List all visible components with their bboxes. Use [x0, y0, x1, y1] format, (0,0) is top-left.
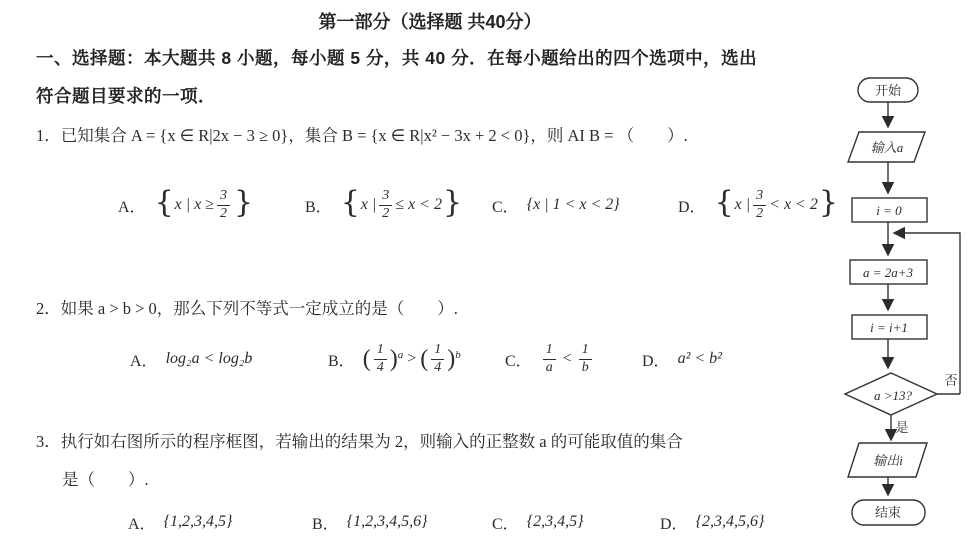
option-label: D．: [678, 194, 706, 217]
q2-option-c: C． 1a < 1b: [505, 332, 595, 386]
step1-label: a = 2a+3: [863, 265, 914, 280]
fraction-denominator: 4: [377, 360, 384, 376]
relation-sign: >: [407, 350, 416, 368]
section-title: 第一部分（选择题 共40分）: [0, 8, 860, 34]
fraction: 1b: [579, 343, 592, 375]
q1-option-b: B． { x | 32 ≤ x < 2 }: [305, 176, 463, 234]
math-text: {2,3,4,5}: [527, 513, 584, 531]
start-label: 开始: [875, 83, 902, 98]
intro-line-2: 符合题目要求的一项．: [36, 83, 216, 108]
option-label: A．: [130, 348, 158, 371]
flowchart: 开始 输入a i = 0 a = 2a+3 i = i+1 a >13? 否 是…: [835, 70, 976, 549]
q1-stem: 1．已知集合 A = {x ∈ R|2x − 3 ≥ 0}，集合 B = {x …: [36, 122, 688, 146]
fraction: 32: [379, 189, 392, 221]
q3-stem-line2: 是（ ）.: [62, 466, 149, 490]
fraction: 14: [431, 343, 444, 375]
yes-label: 是: [895, 420, 908, 435]
end-label: 结束: [875, 505, 901, 520]
intro-line-1: 一、选择题：本大题共 8 小题，每小题 5 分，共 40 分．在每小题给出的四个…: [36, 45, 757, 70]
math-text: x |: [361, 196, 377, 214]
math-text: a² < b²: [678, 350, 722, 368]
option-label: B．: [312, 511, 339, 534]
exponent: a: [398, 349, 404, 361]
input-label: 输入a: [871, 140, 904, 155]
math-text: ≤ x < 2: [395, 196, 442, 214]
q3-option-b: B． {1,2,3,4,5,6}: [312, 510, 427, 534]
q3-option-a: A． {1,2,3,4,5}: [128, 510, 232, 534]
fraction-numerator: 1: [579, 343, 592, 360]
q1-option-c: C． {x | 1 < x < 2}: [492, 176, 620, 234]
math-text: log₂a < log₂b: [166, 350, 253, 368]
fraction: 1a: [543, 343, 556, 375]
q3-stem-line1: 3．执行如右图所示的程序框图，若输出的结果为 2，则输入的正整数 a 的可能取值…: [36, 428, 683, 452]
exam-page: 第一部分（选择题 共40分） 一、选择题：本大题共 8 小题，每小题 5 分，共…: [0, 0, 976, 549]
fraction-denominator: 4: [434, 360, 441, 376]
fraction-numerator: 3: [753, 189, 766, 206]
fraction-denominator: 2: [756, 206, 763, 222]
option-label: A．: [118, 194, 146, 217]
math-text: {1,2,3,4,5}: [164, 513, 233, 531]
fraction-numerator: 1: [431, 343, 444, 360]
option-label: C．: [505, 348, 532, 371]
fraction-numerator: 3: [217, 189, 230, 206]
q2-option-d: D． a² < b²: [642, 332, 722, 386]
no-label: 否: [944, 373, 957, 388]
option-label: D．: [660, 511, 688, 534]
q2-option-a: A． log₂a < log₂b: [130, 332, 252, 386]
math-text: {2,3,4,5,6}: [696, 513, 765, 531]
fraction: 14: [374, 343, 387, 375]
fraction-denominator: 2: [382, 206, 389, 222]
option-label: C．: [492, 511, 519, 534]
fraction-numerator: 1: [374, 343, 387, 360]
math-text: {x | 1 < x < 2}: [527, 196, 620, 214]
q2-stem: 2．如果 a > b > 0，那么下列不等式一定成立的是（ ）.: [36, 295, 458, 319]
math-text: x |: [735, 196, 751, 214]
fraction: 32: [753, 189, 766, 221]
fraction-denominator: b: [582, 360, 589, 376]
fraction: 32: [217, 189, 230, 221]
q2-option-b: B． ( 14 ) a > ( 14 ) b: [328, 332, 461, 386]
fraction-denominator: a: [546, 360, 553, 376]
option-label: B．: [305, 194, 332, 217]
condition-label: a >13?: [874, 388, 913, 403]
init-label: i = 0: [876, 203, 902, 218]
output-label: 输出i: [873, 453, 903, 468]
relation-sign: <: [563, 350, 572, 368]
q1-option-a: A． { x | x ≥ 32 }: [118, 176, 254, 234]
q3-option-d: D． {2,3,4,5,6}: [660, 510, 764, 534]
exponent: b: [455, 349, 461, 361]
loop-back-line: [895, 233, 960, 394]
q1-option-d: D． { x | 32 < x < 2 }: [678, 176, 839, 234]
q3-option-c: C． {2,3,4,5}: [492, 510, 583, 534]
fraction-denominator: 2: [220, 206, 227, 222]
fraction-numerator: 3: [379, 189, 392, 206]
math-text: < x < 2: [769, 196, 818, 214]
option-label: D．: [642, 348, 670, 371]
math-text: x | x ≥: [175, 196, 214, 214]
step2-label: i = i+1: [870, 320, 908, 335]
math-text: {1,2,3,4,5,6}: [347, 513, 428, 531]
option-label: A．: [128, 511, 156, 534]
option-label: C．: [492, 194, 519, 217]
fraction-numerator: 1: [543, 343, 556, 360]
option-label: B．: [328, 348, 355, 371]
